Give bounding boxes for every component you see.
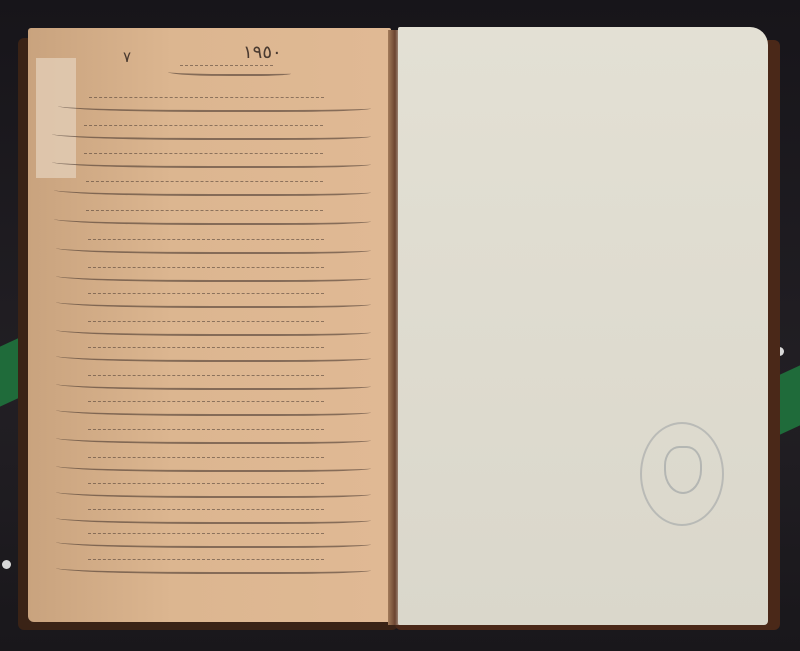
page-number: ١٩٥٠ bbox=[243, 42, 282, 63]
text-line bbox=[56, 378, 371, 390]
text-line bbox=[56, 324, 371, 336]
text-line bbox=[56, 296, 371, 308]
subheading-line bbox=[168, 68, 291, 76]
text-line bbox=[58, 100, 371, 112]
hand-icon bbox=[664, 446, 702, 494]
faint-pencil-notes bbox=[615, 40, 715, 100]
text-line bbox=[56, 536, 371, 548]
green-stripe-right bbox=[780, 365, 800, 434]
text-line bbox=[56, 562, 371, 574]
text-line bbox=[52, 156, 371, 168]
text-line bbox=[56, 460, 371, 472]
green-stripe-left bbox=[0, 337, 20, 406]
white-dot-left bbox=[2, 560, 11, 569]
text-line bbox=[54, 213, 371, 225]
right-page bbox=[398, 27, 768, 625]
page-mark: ٧ bbox=[123, 48, 131, 66]
text-line bbox=[56, 242, 371, 254]
left-page: ٧ ١٩٥٠ bbox=[28, 28, 391, 622]
text-line bbox=[56, 512, 371, 524]
seal-stamp bbox=[640, 422, 724, 526]
text-line bbox=[56, 404, 371, 416]
text-line bbox=[56, 486, 371, 498]
text-line bbox=[56, 270, 371, 282]
text-line bbox=[56, 432, 371, 444]
text-line bbox=[56, 350, 371, 362]
text-line bbox=[52, 128, 371, 140]
text-line bbox=[54, 184, 371, 196]
